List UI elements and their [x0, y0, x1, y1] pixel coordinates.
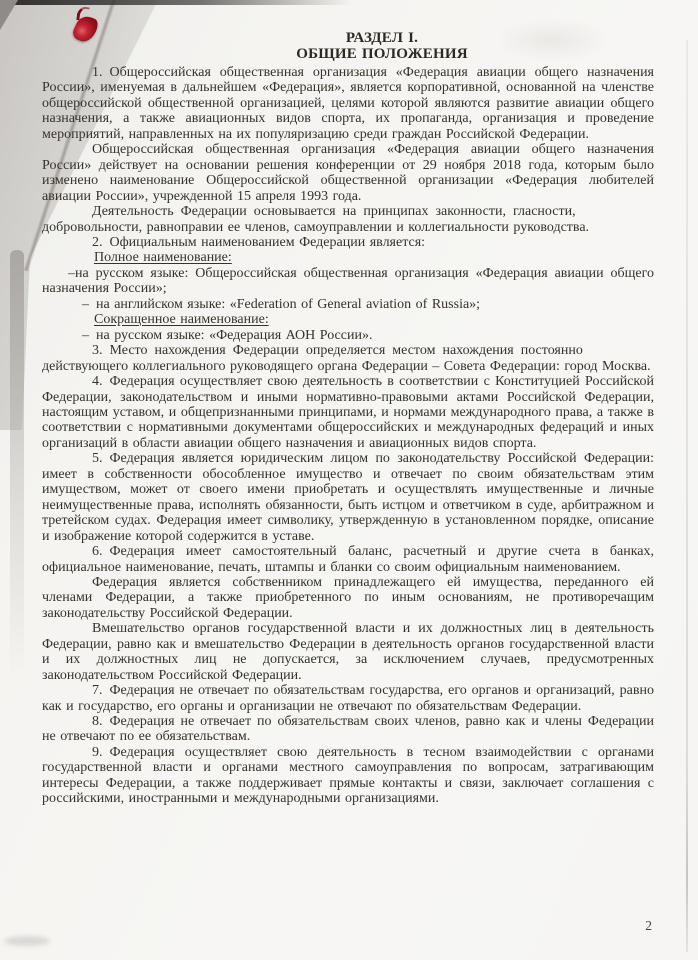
paragraph: – на русском языке: «Федерация АОН Росси…	[42, 328, 654, 343]
page-number: 2	[645, 918, 652, 934]
paragraph: 8. Федерация не отвечает по обязательств…	[42, 714, 654, 745]
scan-smudge	[4, 936, 50, 946]
scanner-edge-artifact	[14, 0, 352, 5]
paragraph: 5. Федерация является юридическим лицом …	[42, 451, 654, 544]
paragraph: Вмешательство органов государственной вл…	[42, 621, 654, 683]
document-body: РАЗДЕЛ I. ОБЩИЕ ПОЛОЖЕНИЯ 1. Общероссийс…	[42, 30, 654, 807]
paragraph: 4. Федерация осуществляет свою деятельно…	[42, 374, 654, 451]
section-subtitle: ОБЩИЕ ПОЛОЖЕНИЯ	[76, 46, 688, 62]
paragraph: Полное наименование:	[42, 250, 654, 265]
paragraph: Общероссийская общественная организация …	[42, 142, 654, 204]
paragraph: 1. Общероссийская общественная организац…	[42, 65, 654, 142]
paragraph: 9. Федерация осуществляет свою деятельно…	[42, 745, 654, 807]
paragraph: –на русском языке: Общероссийская общест…	[42, 266, 654, 297]
paragraph: 2. Официальным наименованием Федерации я…	[42, 235, 654, 250]
paragraph: Сокращенное наименование:	[42, 312, 654, 327]
page-right-edge-line	[686, 40, 688, 952]
paragraph: Федерация является собственником принадл…	[42, 575, 654, 621]
scanned-page: РАЗДЕЛ I. ОБЩИЕ ПОЛОЖЕНИЯ 1. Общероссийс…	[0, 0, 698, 960]
paragraph: 7. Федерация не отвечает по обязательств…	[42, 683, 654, 714]
paragraph: Деятельность Федерации основывается на п…	[42, 204, 654, 235]
paragraph: 3. Место нахождения Федерации определяет…	[42, 343, 654, 374]
page-edge-shadow	[10, 250, 24, 680]
section-title: РАЗДЕЛ I.	[76, 30, 688, 46]
paragraph: 6. Федерация имеет самостоятельный балан…	[42, 544, 654, 575]
paragraph: – на английском языке: «Federation of Ge…	[42, 297, 654, 312]
paragraphs-container: 1. Общероссийская общественная организац…	[42, 65, 654, 807]
